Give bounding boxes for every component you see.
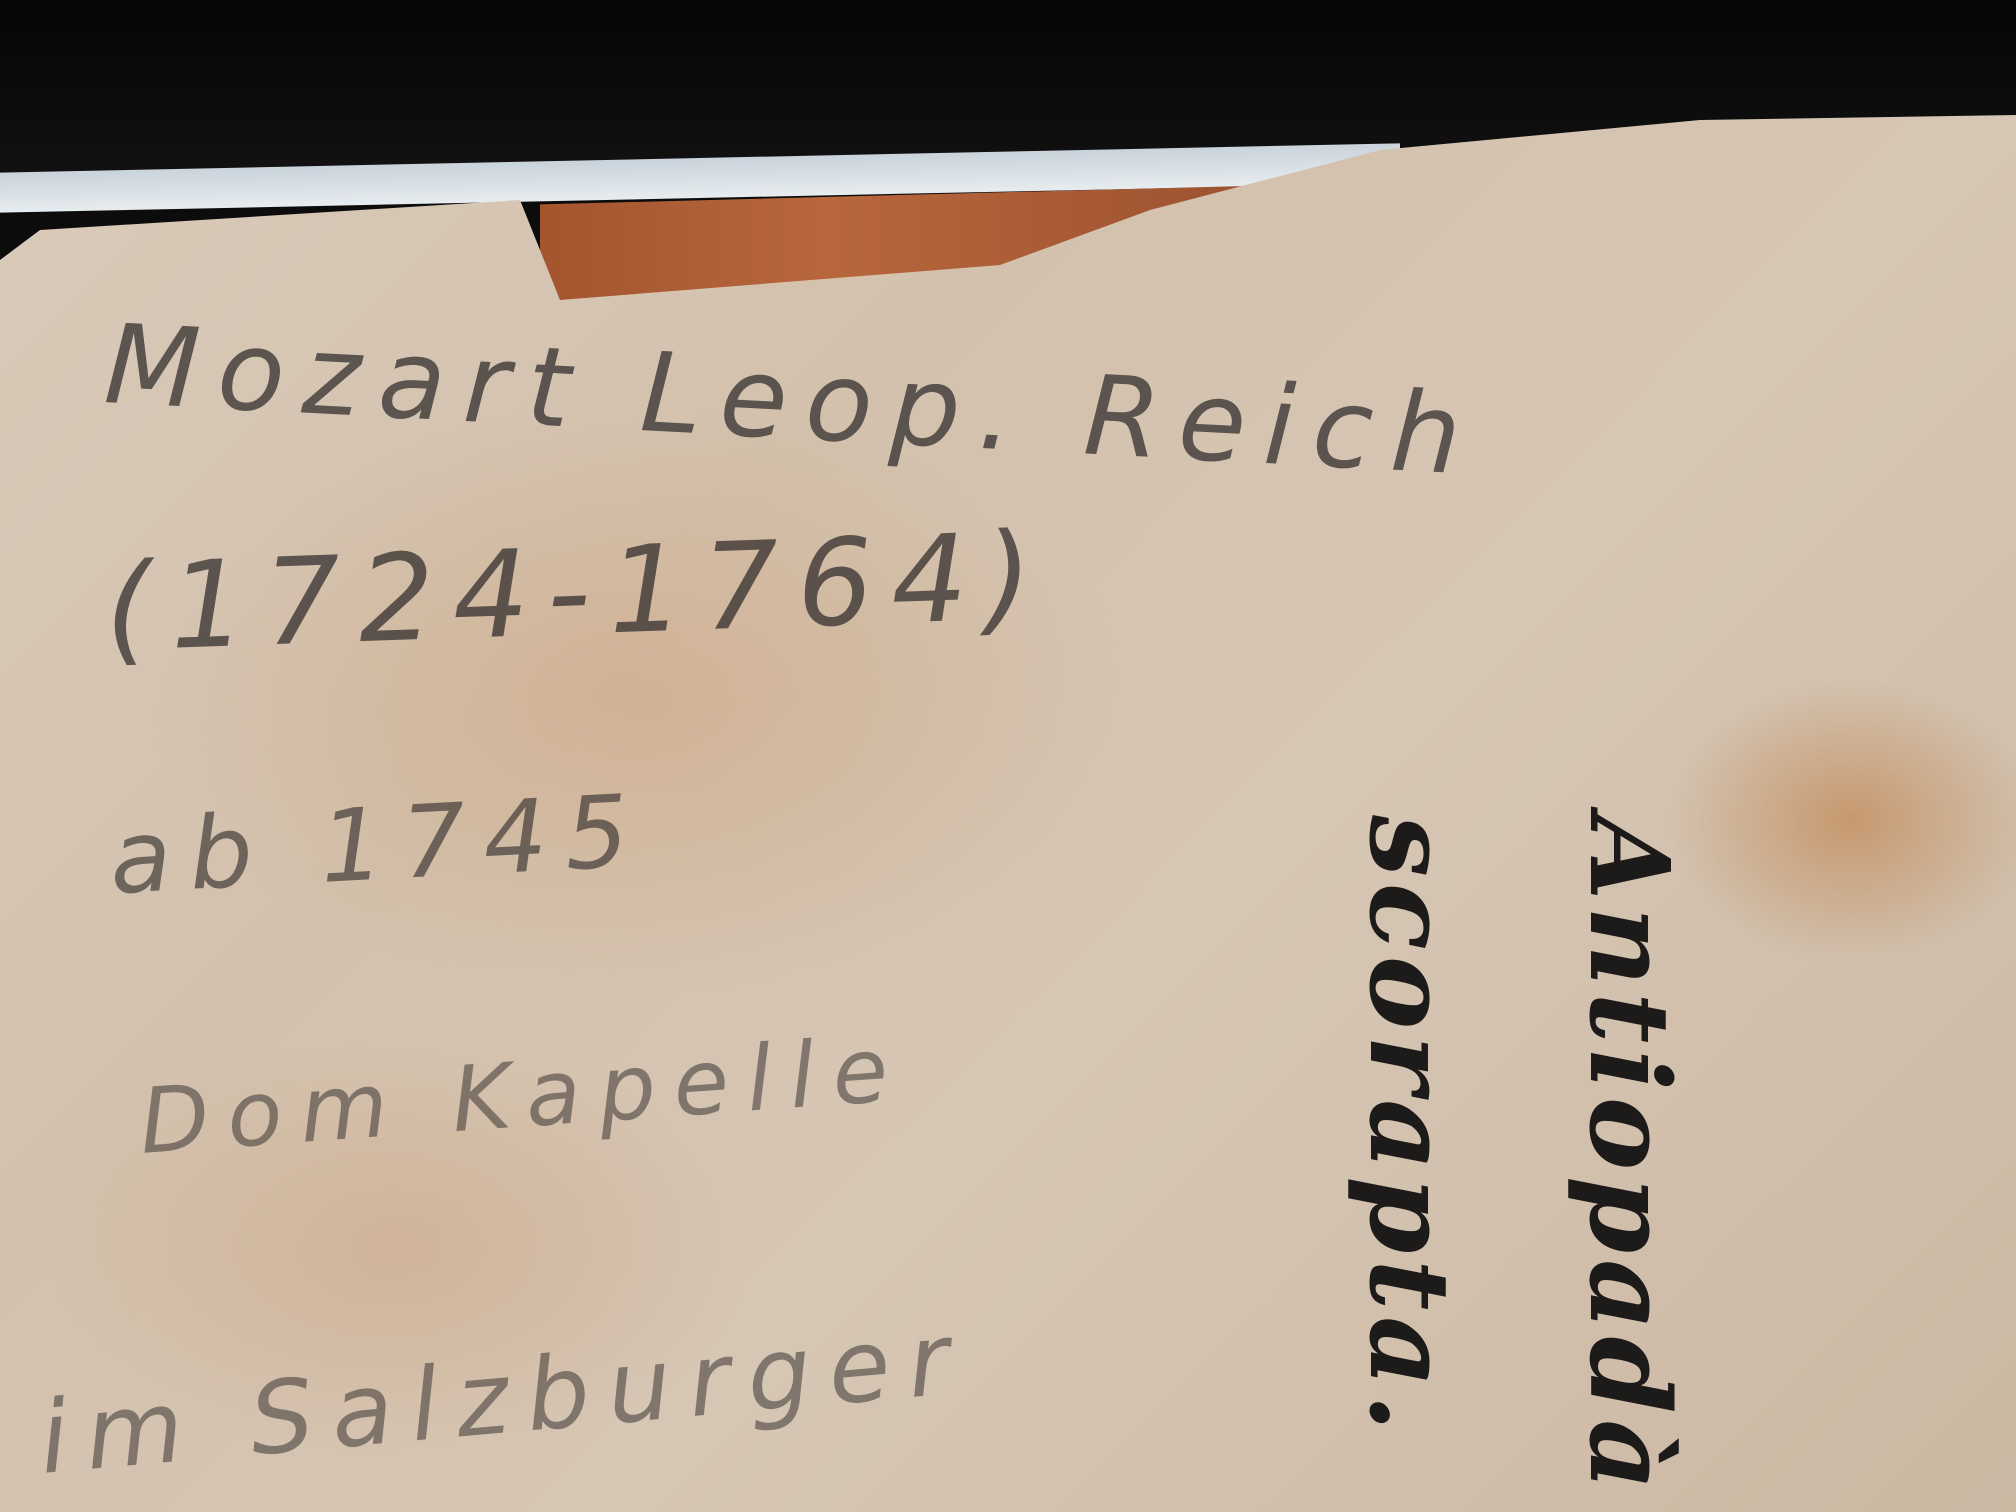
handwriting-line-1: Mozart Leop. Reich xyxy=(102,300,1482,500)
stamp-line-1: Antiopadà xyxy=(1565,815,1694,1497)
handwriting-line-5: im Salzburger xyxy=(35,1299,972,1497)
handwriting-line-4: Dom Kapelle xyxy=(136,1017,909,1175)
handwriting-line-3: ab 1745 xyxy=(107,772,649,917)
stamp-line-2: scorapta. xyxy=(1345,815,1474,1438)
handwriting-line-2: (1724-1764) xyxy=(103,507,1053,679)
